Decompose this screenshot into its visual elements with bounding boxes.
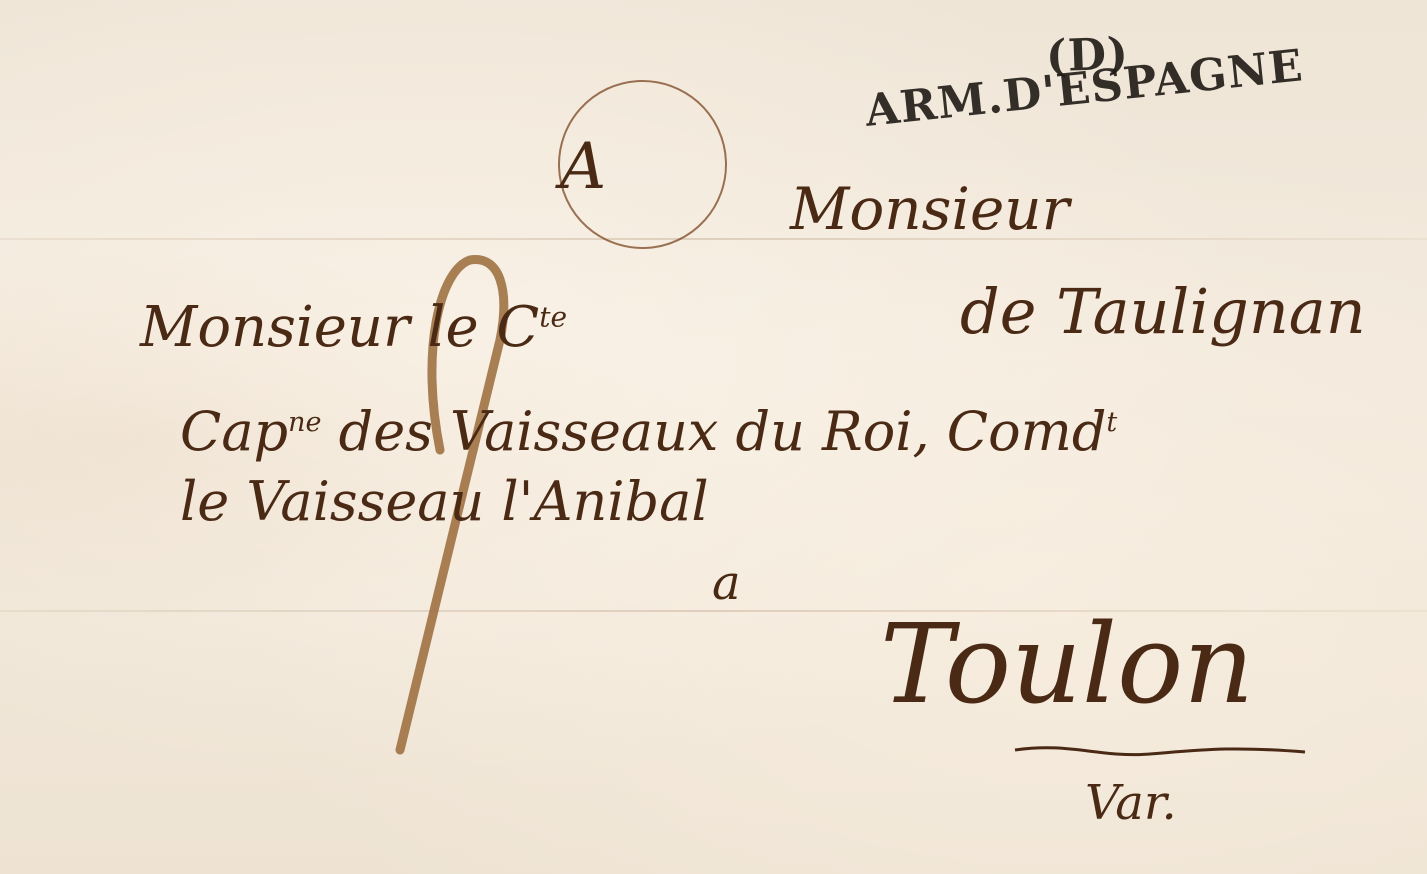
address-rank-sup2: t (1106, 407, 1117, 438)
address-department: Var. (1085, 775, 1177, 831)
address-city: Toulon (880, 600, 1254, 728)
letter-cover: (D) ARM.D'ESPAGNE A Monsieur Monsieur le… (0, 0, 1427, 874)
address-a-preposition: a (712, 555, 741, 611)
address-monsieur: Monsieur (790, 175, 1069, 243)
address-rank-rest: des Vaisseaux du Roi, Comd (339, 400, 1107, 463)
address-rank: Cap (180, 400, 288, 463)
address-rank-sup: ne (288, 407, 321, 438)
address-line3: Capne des Vaisseaux du Roi, Comdt (180, 400, 1117, 463)
address-line2: Monsieur le Cte (140, 295, 567, 360)
address-title: Monsieur le C (140, 295, 539, 360)
paper-fold (0, 238, 1427, 240)
address-title-sup: te (539, 300, 567, 333)
address-ship: le Vaisseau l'Anibal (180, 470, 709, 533)
underline-flourish (1010, 742, 1310, 762)
address-name: de Taulignan (960, 275, 1366, 348)
address-a: A (560, 130, 606, 204)
